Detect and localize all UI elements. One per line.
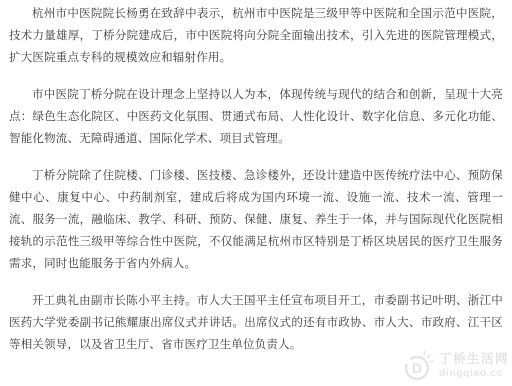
article-paragraph-3: 丁桥分院除了住院楼、门诊楼、医技楼、急诊楼外，还设计建造中医传统疗法中心、预防保… xyxy=(9,165,503,275)
article-page: 杭州市中医院院长杨勇在致辞中表示，杭州市中医院是三级甲等中医院和全国示范中医院，… xyxy=(0,0,512,386)
article-paragraph-1: 杭州市中医院院长杨勇在致辞中表示，杭州市中医院是三级甲等中医院和全国示范中医院，… xyxy=(9,3,503,69)
watermark-text-block: 丁桥生活网 dingqiao.cc xyxy=(439,352,509,378)
watermark-logo-letter: D xyxy=(412,360,422,376)
article-paragraph-4: 开工典礼由副市长陈小平主持。市人大王国平主任宣布项目开工，市委副书记叶明、浙江中… xyxy=(9,290,503,356)
article-paragraph-2: 市中医院丁桥分院在设计理念上坚持以人为本，体现传统与现代的结合和创新，呈现十大亮… xyxy=(9,84,503,150)
watermark-site-domain: dingqiao.cc xyxy=(439,367,509,379)
